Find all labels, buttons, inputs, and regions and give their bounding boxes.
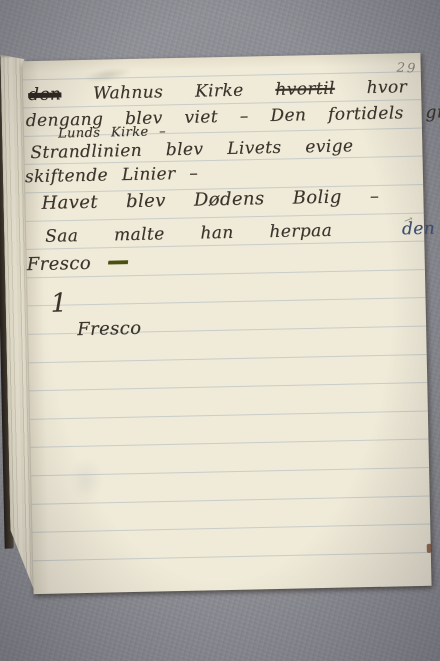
handwriting-segment: den bbox=[28, 84, 62, 105]
notebook: 29 → den Wahnus Kirke hvortil hvor han d… bbox=[0, 0, 440, 661]
handwriting-segment: Fresco bbox=[27, 253, 92, 275]
handwriting-segment: Wahnus Kirke bbox=[93, 81, 244, 104]
handwriting-segment: hvortil bbox=[275, 79, 335, 100]
paper-smudge bbox=[69, 458, 104, 503]
handwriting-line-8: Fresco — bbox=[26, 250, 129, 274]
handwriting-segment: Saa malte han herpaa bbox=[45, 221, 332, 247]
handwriting-segment: 1 bbox=[50, 288, 68, 318]
handwriting-segment-blue-ink: den bbox=[402, 219, 436, 240]
handwriting-numeral: 1 bbox=[50, 290, 67, 316]
notebook-page: 29 → den Wahnus Kirke hvortil hvor han d… bbox=[22, 53, 431, 594]
handwriting-segment: Havet blev Dødens Bolig – bbox=[41, 186, 379, 214]
handwriting-line-9: Fresco bbox=[77, 320, 142, 339]
handwriting-segment: Lunds Kirke – bbox=[58, 124, 166, 141]
page-number-pencil: 29 bbox=[396, 61, 417, 77]
cover-peek-fleck bbox=[427, 544, 432, 553]
handwriting-line-4: Strandlinien blev Livets evige bbox=[30, 138, 353, 162]
handwriting-segment: hvor han bbox=[366, 76, 440, 98]
handwriting-line-5: skiftende Linier – bbox=[25, 166, 199, 187]
handwriting-segment-green-dash: — bbox=[107, 248, 130, 274]
handwriting-line-3-interline: Lunds Kirke – bbox=[58, 125, 166, 140]
handwriting-segment: Fresco bbox=[77, 318, 142, 340]
handwriting-line-7: Saa malte han herpaa den stor bbox=[45, 219, 440, 246]
handwriting-segment: skiftende Linier – bbox=[25, 164, 199, 188]
handwriting-line-6: Havet blev Dødens Bolig – bbox=[41, 188, 379, 213]
